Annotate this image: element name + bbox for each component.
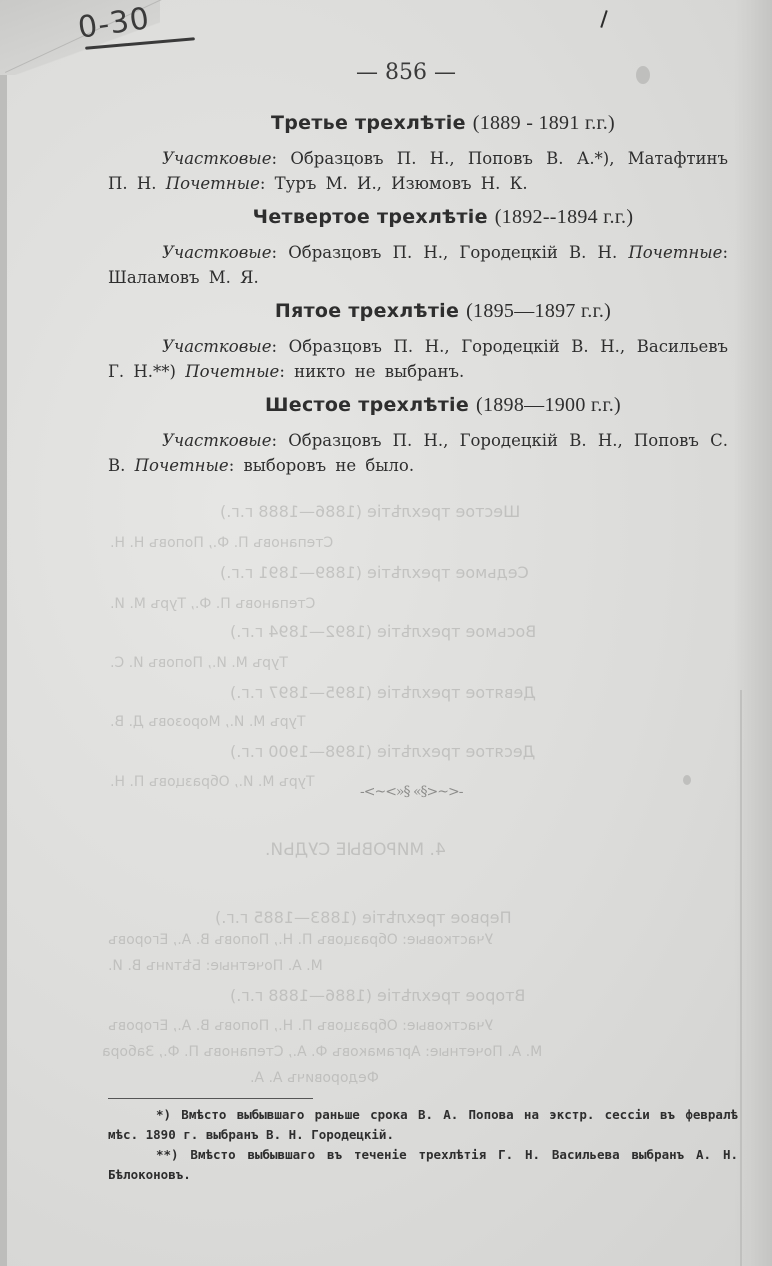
honorary-label: Почетные bbox=[166, 174, 260, 193]
section-paragraph: Участковые: Образцовъ П. Н., Поповъ В. А… bbox=[108, 146, 728, 196]
bleed-through-line: Туръ М. И., Поповъ И. С. bbox=[110, 655, 288, 671]
bleed-through-line: Первое трехлѣтіе (1883—1885 г.г.) bbox=[215, 908, 512, 927]
district-members: : Образцовъ П. Н., Городецкій В. Н. bbox=[272, 243, 629, 262]
bleed-through-line: Второе трехлѣтіе (1886—1888 г.г.) bbox=[230, 986, 525, 1005]
bleed-through-line: Туръ М. И., Образцовъ П. Н. bbox=[110, 774, 315, 790]
section-paragraph: Участковые: Образцовъ П. Н., Городецкій … bbox=[108, 334, 728, 384]
bleed-through-line: Участковые: Образцовъ П. Н., Поповъ В. А… bbox=[108, 932, 493, 948]
section-heading-fourth-triennium: Четвертое трехлѣтіе (1892--1894 г.г.) bbox=[108, 206, 728, 229]
section-years: (1892--1894 г.г.) bbox=[495, 206, 634, 228]
bleed-through-line: Десятое трехлѣтіе (1898—1900 г.г.) bbox=[230, 742, 535, 761]
district-label: Участковые bbox=[162, 149, 272, 168]
section-heading-sixth-triennium: Шестое трехлѣтіе (1898—1900 г.г.) bbox=[108, 394, 728, 417]
section-paragraph: Участковые: Образцовъ П. Н., Городецкій … bbox=[108, 428, 728, 478]
section-years: (1895—1897 г.г.) bbox=[466, 300, 611, 322]
bleed-through-line: Участковые: Образцовъ П. Н., Поповъ В. А… bbox=[108, 1018, 493, 1034]
footnote-2: **) Вмѣсто выбывшаго въ теченіе трехлѣті… bbox=[108, 1145, 738, 1185]
bleed-through-line: Степановъ П. Ф., Туръ М. И. bbox=[110, 596, 315, 612]
page-number: — 856 — bbox=[0, 60, 772, 85]
district-label: Участковые bbox=[162, 243, 272, 262]
scanned-page: 0-30 — 856 — Шестое трехлѣтіе (1886—1888… bbox=[0, 0, 772, 1266]
pen-mark bbox=[600, 10, 607, 28]
honorary-label: Почетные bbox=[135, 456, 229, 475]
honorary-members: : выборовъ не было. bbox=[229, 456, 414, 475]
bleed-through-line: 4. МИРОВЫЕ СУДЬИ. bbox=[265, 840, 446, 860]
paper-stain bbox=[683, 775, 691, 785]
bleed-through-line: Туръ М. И., Морозовъ Д. В. bbox=[110, 714, 305, 730]
honorary-label: Почетные bbox=[628, 243, 722, 262]
section-paragraph: Участковые: Образцовъ П. Н., Городецкій … bbox=[108, 240, 728, 290]
section-years: (1898—1900 г.г.) bbox=[476, 394, 621, 416]
footnote-rule bbox=[108, 1098, 313, 1099]
bleed-through-line: Седьмое трехлѣтіе (1889—1891 г.г.) bbox=[220, 563, 529, 582]
district-label: Участковые bbox=[162, 337, 272, 356]
bleed-through-line: М. А. Почетные: Аргамаковъ Ф. А., Степан… bbox=[102, 1044, 542, 1060]
bleed-through-line: Степановъ П. Ф., Поповъ Н. Н. bbox=[110, 535, 333, 551]
bleed-through-line: Шестое трехлѣтіе (1886—1888 г.г.) bbox=[220, 502, 520, 521]
main-text: Третье трехлѣтіе (1889 - 1891 г.г.) Учас… bbox=[108, 112, 728, 488]
right-crease bbox=[740, 690, 742, 1266]
section-heading-third-triennium: Третье трехлѣтіе (1889 - 1891 г.г.) bbox=[108, 112, 728, 135]
page-binding-edge bbox=[0, 0, 7, 1266]
honorary-label: Почетные bbox=[185, 362, 279, 381]
decorative-ornament: -<~<»§ «§>~>- bbox=[360, 784, 462, 800]
district-label: Участковые bbox=[162, 431, 272, 450]
honorary-members: : никто не выбранъ. bbox=[279, 362, 464, 381]
footnote-1: *) Вмѣсто выбывшаго раньше срока В. А. П… bbox=[108, 1105, 738, 1145]
bleed-through-line: Федоровичъ А. А. bbox=[250, 1070, 379, 1086]
bleed-through-line: Девятое трехлѣтіе (1895—1897 г.г.) bbox=[230, 683, 536, 702]
bleed-through-line: Восьмое трехлѣтіе (1892—1894 г.г.) bbox=[230, 622, 536, 641]
section-heading-fifth-triennium: Пятое трехлѣтіе (1895—1897 г.г.) bbox=[108, 300, 728, 323]
honorary-members: : Туръ М. И., Изюмовъ Н. К. bbox=[260, 174, 528, 193]
footnotes: *) Вмѣсто выбывшаго раньше срока В. А. П… bbox=[108, 1105, 738, 1185]
bleed-through-line: М. А. Почетные: Бѣтинъ В. И. bbox=[108, 958, 323, 974]
section-years: (1889 - 1891 г.г.) bbox=[473, 112, 615, 134]
